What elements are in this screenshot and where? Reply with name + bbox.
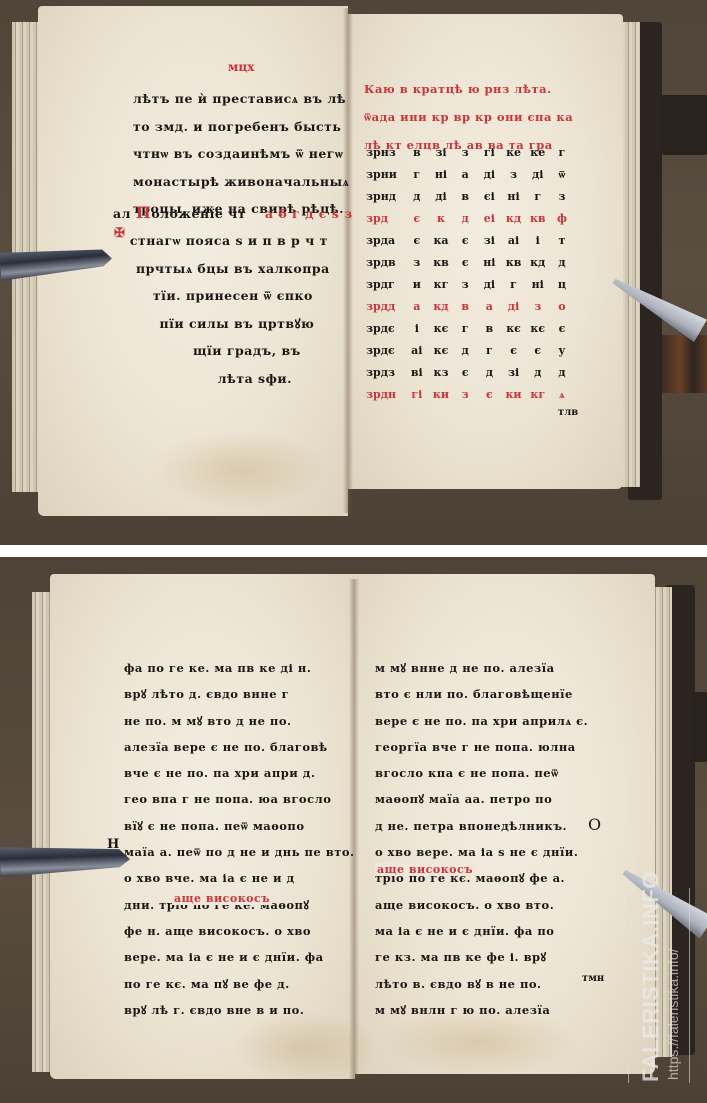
red-rubric: аще високосъ xyxy=(375,863,475,876)
left-page-text: лѣтъ пе ѝ престависѧ въ лѣ то змд. и пог… xyxy=(133,85,349,223)
section-heading: ал Положенїе чт а б г д є ѕ з xyxy=(113,203,353,222)
easter-calendar-table: зрнзвзізгікекег зрнигніадіздіѿ зрндддівє… xyxy=(366,141,574,405)
bottom-photo: фа по ге ке. ма пв ке ді н. врꙋ лѣто д. … xyxy=(0,557,707,1103)
table-row: зрдєкдеікдквф xyxy=(366,207,574,229)
right-page-text: м мꙋ внне д не по. алезїа вто є нли по. … xyxy=(375,655,588,1023)
table-row: зрднгікизєкикгѧ xyxy=(366,383,574,405)
left-page-text: фа по ге ке. ма пв ке ді н. врꙋ лѣто д. … xyxy=(124,655,355,1023)
folio-number: тмн xyxy=(582,973,604,984)
book-gutter xyxy=(343,8,353,513)
folio-number: тлв xyxy=(558,407,578,418)
table-row: зрдгикгздігніц xyxy=(366,273,574,295)
photo-divider xyxy=(0,545,707,557)
table-row: зрдзвікзєдзідд xyxy=(366,361,574,383)
book-clasp-upper xyxy=(662,95,707,155)
table-row: зрнзвзізгікекег xyxy=(366,141,574,163)
table-row: зрдаєкаєзіаііт xyxy=(366,229,574,251)
cross-mark-icon: ✠ xyxy=(114,226,125,241)
table-row: зрдєаікєдгєєу xyxy=(366,339,574,361)
book-clasp xyxy=(690,692,707,762)
margin-letter: О xyxy=(588,815,602,834)
book-clasp-lower xyxy=(662,335,707,393)
red-rubric: аще високосъ xyxy=(172,892,272,905)
watermark-title: FALERISTIKA.INFO xyxy=(638,871,664,1082)
left-page-text-continued: стнагѡ пояса ѕ и п в р ч т прчтыѧ бцы въ… xyxy=(128,227,330,392)
paper-stain xyxy=(150,430,330,510)
folio-number: мцх xyxy=(228,60,254,74)
table-row: зрдєікєгвкєкєє xyxy=(366,317,574,339)
table-row: зрдвзквєніквкдд xyxy=(366,251,574,273)
top-photo: мцх лѣтъ пе ѝ престависѧ въ лѣ то змд. и… xyxy=(0,0,707,545)
table-row: зрнигніадіздіѿ xyxy=(366,163,574,185)
table-row: зрндддівєінігз xyxy=(366,185,574,207)
table-row: зрддакдвадізо xyxy=(366,295,574,317)
watermark-url: https://faleristika.info/ xyxy=(665,948,681,1080)
